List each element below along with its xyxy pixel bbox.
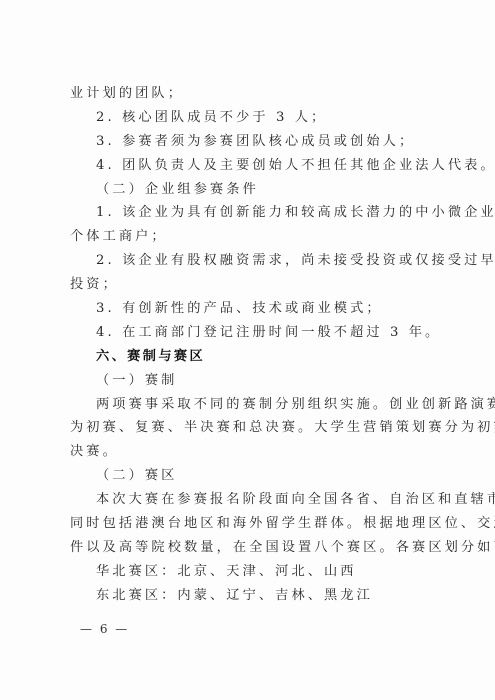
subsection-heading-enterprise: （二）企业组参赛条件 [70, 178, 430, 202]
list-item-enterprise-3: 3. 有创新性的产品、技术或商业模式； [70, 297, 430, 321]
list-item-enterprise-2: 2. 该企业有股权融资需求，尚未接受投资或仅接受过早期 [70, 249, 430, 273]
list-item-enterprise-1: 1. 该企业为具有创新能力和较高成长潜力的中小微企业或 [70, 201, 430, 225]
document-body: 业计划的团队； 2. 核心团队成员不少于 3 人； 3. 参赛者须为参赛团队核心… [70, 82, 430, 608]
subsection-heading-regions: （二）赛区 [70, 464, 430, 488]
paragraph-format: 两项赛事采取不同的赛制分别组织实施。创业创新路演赛分 [70, 393, 430, 417]
paragraph-regions: 本次大赛在参赛报名阶段面向全国各省、自治区和直辖市， [70, 488, 430, 512]
section-heading-competition: 六、赛制与赛区 [70, 345, 430, 369]
region-northeast: 东北赛区：内蒙、辽宁、吉林、黑龙江 [70, 584, 430, 608]
region-north-china: 华北赛区：北京、天津、河北、山西 [70, 560, 430, 584]
list-item-enterprise-2-cont: 投资； [70, 273, 430, 297]
subsection-heading-format: （一）赛制 [70, 369, 430, 393]
paragraph-line: 业计划的团队； [70, 82, 430, 106]
list-item-participant: 3. 参赛者须为参赛团队核心成员或创始人； [70, 130, 430, 154]
list-item-enterprise-4: 4. 在工商部门登记注册时间一般不超过 3 年。 [70, 321, 430, 345]
list-item-team-size: 2. 核心团队成员不少于 3 人； [70, 106, 430, 130]
paragraph-format-end: 决赛。 [70, 440, 430, 464]
list-item-leader: 4. 团队负责人及主要创始人不担任其他企业法人代表。 [70, 154, 430, 178]
paragraph-format-cont: 为初赛、复赛、半决赛和总决赛。大学生营销策划赛分为初赛和 [70, 416, 430, 440]
paragraph-regions-cont: 同时包括港澳台地区和海外留学生群体。根据地理区位、交通条 [70, 512, 430, 536]
page-number: — 6 — [80, 622, 129, 636]
list-item-enterprise-1-cont: 个体工商户； [70, 225, 430, 249]
paragraph-regions-end: 件以及高等院校数量，在全国设置八个赛区。各赛区划分如下： [70, 536, 430, 560]
